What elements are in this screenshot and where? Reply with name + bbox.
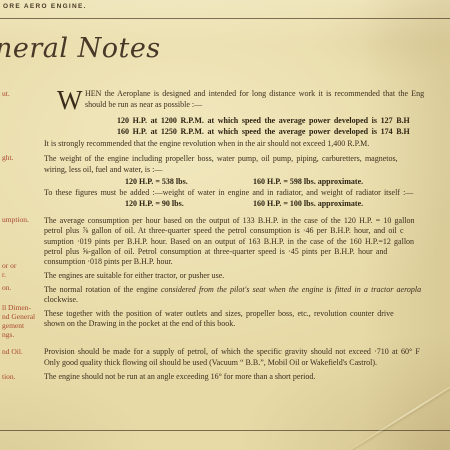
margin-label-dimensions-4: ngs. (2, 331, 14, 339)
consumption-line-1: The average consumption per hour based o… (44, 217, 415, 225)
margin-label-dimensions-1: ll Dimen- (2, 304, 31, 312)
weight-added-note: To these figures must be added :—weight … (44, 189, 413, 197)
page-title: neral Notes (0, 33, 161, 64)
margin-label-rotation: on. (2, 284, 11, 292)
scanned-book-page: ORE AERO ENGINE. neral Notes ut. ght. um… (0, 0, 450, 450)
intro-line-1: HEN the Aeroplane is designed and intend… (85, 90, 424, 98)
inclination-line: The engine should not be run at an angle… (44, 373, 315, 381)
margin-label-petrol-oil: nd Oil. (2, 348, 23, 356)
margin-label-consumption: umption. (2, 216, 29, 224)
margin-label-dimensions-3: gement (2, 322, 24, 330)
top-rule (0, 18, 450, 19)
radiator-120: 120 H.P. = 90 lbs. (125, 200, 184, 208)
margin-label-tractor-2: r. (2, 271, 6, 279)
weight-line-2: wiring, less oil, fuel and water, is :— (44, 166, 162, 174)
dimensions-line-2: shown on the Drawing in the pocket at th… (44, 320, 235, 328)
margin-label-tractor-1: or or (2, 262, 16, 270)
weight-120: 120 H.P. = 538 lbs. (125, 178, 188, 186)
radiator-160: 160 H.P. = 100 lbs. approximate. (253, 200, 363, 208)
paper-crease (342, 363, 450, 450)
margin-label-weight: ght. (2, 154, 13, 162)
dimensions-line-1: These together with the position of wate… (44, 310, 394, 318)
running-header: ORE AERO ENGINE. (3, 3, 87, 10)
petrol-oil-line-1: Provision should be made for a supply of… (44, 348, 420, 356)
dropcap-w: W (57, 87, 82, 114)
rotation-line-2: clockwise. (44, 296, 78, 304)
petrol-oil-line-2: Only good quality thick flowing oil shou… (44, 359, 377, 367)
power-output-160: 160 H.P. at 1250 R.P.M. at which speed t… (117, 128, 410, 136)
rotation-line-1: The normal rotation of the engine consid… (44, 286, 421, 294)
weight-line-1: The weight of the engine including prope… (44, 155, 398, 163)
rotation-italic-text: considered from the pilot's seat when th… (161, 285, 421, 294)
weight-160: 160 H.P. = 598 lbs. approximate. (253, 178, 363, 186)
consumption-line-4: petrol plus ⅝-gallon of oil. Petrol cons… (44, 248, 387, 256)
consumption-line-5: consumption ·018 pints per B.H.P. hour. (44, 258, 173, 266)
power-output-120: 120 H.P. at 1200 R.P.M. at which speed t… (117, 117, 410, 125)
margin-label-output: ut. (2, 90, 10, 98)
margin-label-dimensions-2: nd General (2, 313, 35, 321)
tractor-pusher-line: The engines are suitable for either trac… (44, 272, 224, 280)
margin-label-inclination: tion. (2, 373, 16, 381)
rotation-normal-text: The normal rotation of the engine (44, 285, 161, 294)
intro-line-2: should be run as near as possible :— (85, 101, 202, 109)
consumption-line-3: sumption ·019 pints per B.H.P. hour. Bas… (44, 238, 414, 246)
consumption-line-2: petrol plus ⅞ gallon of oil. At three-qu… (44, 227, 404, 235)
rpm-note: It is strongly recommended that the engi… (44, 140, 369, 148)
